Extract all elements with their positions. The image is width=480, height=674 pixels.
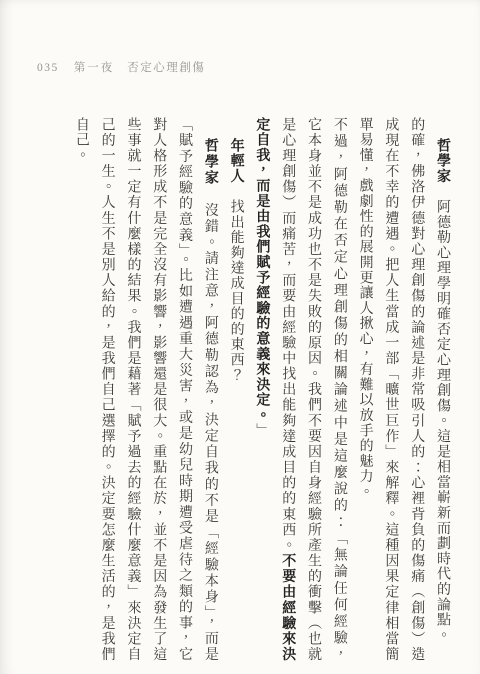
body-text: 它本身並不是成功也不是失敗的原因。我們不要因自身經驗所產生的衝擊（也就 [306, 117, 321, 662]
emphasis-text: 哲學家 [435, 138, 450, 184]
body-text: 己的一生。人生不是別人給的，是我們自己選擇的。決定要怎麼生活的，是我們 [100, 117, 115, 662]
text-column: 的確，佛洛伊德對心理創傷的論述是非常吸引人的：心裡背負的傷痛（創傷）造 [403, 117, 429, 662]
emphasis-text: 年輕人 [229, 138, 244, 184]
body-text: 的確，佛洛伊德對心理創傷的論述是非常吸引人的：心裡背負的傷痛（創傷）造 [409, 117, 424, 662]
section-title: 否定心理創傷 [127, 62, 205, 74]
body-text: 些事就一定有什麼樣的結果。我們是藉著「賦予過去的經驗什麼意義」來決定自 [125, 117, 140, 662]
body-text: 找出能夠達成目的的東西？ [229, 184, 244, 383]
book-page: 035第一夜否定心理創傷 哲學家 阿德勒心理學明確否定心理創傷。這是相當嶄新而劃… [0, 0, 480, 674]
body-text: 單易懂，戲劇性的展開更讓人揪心，有難以放手的魅力。 [358, 117, 373, 500]
text-columns: 哲學家 阿德勒心理學明確否定心理創傷。這是相當嶄新而劃時代的論點。的確，佛洛伊德… [68, 117, 455, 662]
text-column: 成現在不幸的遭遇。把人生當成一部「曠世巨作」來解釋。這種因果定律相當簡 [378, 117, 404, 662]
text-column: 哲學家 沒錯。請注意，阿德勒認為，決定自我的不是「經驗本身」，而是 [197, 117, 223, 662]
running-head: 035第一夜否定心理創傷 [37, 59, 205, 75]
body-text: 沒錯。請注意，阿德勒認為，決定自我的不是「經驗本身」，而是 [203, 186, 218, 662]
text-column: 是心理創傷）而痛苦，而要由經驗中找出能夠達成目的的東西。不要由經驗來決 [274, 117, 300, 662]
emphasis-text: 定自我，而是由我們賦予經驗的意義來決定。 [254, 117, 269, 423]
text-column: 己的一生。人生不是別人給的，是我們自己選擇的。決定要怎麼生活的，是我們 [94, 117, 120, 662]
emphasis-text: 不要由經驗來決 [280, 553, 295, 662]
body-text: 成現在不幸的遭遇。把人生當成一部「曠世巨作」來解釋。這種因果定律相當簡 [383, 117, 398, 662]
body-text: 自己。 [74, 117, 89, 163]
text-column: 單易懂，戲劇性的展開更讓人揪心，有難以放手的魅力。 [352, 117, 378, 662]
text-column: 它本身並不是成功也不是失敗的原因。我們不要因自身經驗所產生的衝擊（也就 [300, 117, 326, 662]
text-column: 對人格形成不是完全沒有影響，影響還是很大。重點在於，並不是因為發生了這 [145, 117, 171, 662]
body-text: 對人格形成不是完全沒有影響，影響還是很大。重點在於，並不是因為發生了這 [151, 117, 166, 662]
page-number: 035 [37, 62, 59, 74]
body-text: 阿德勒心理學明確否定心理創傷。這是相當嶄新而劃時代的論點。 [435, 184, 450, 643]
body-text: 」 [254, 423, 269, 438]
text-column: 「賦予經驗的意義」。比如遭遇重大災害，或是幼兒時期遭受虐待之類的事，它 [171, 117, 197, 662]
body-text: 不過，阿德勒在否定心理創傷的相關論述中是這麼說的：「無論任何經驗， [332, 117, 347, 662]
text-column: 不過，阿德勒在否定心理創傷的相關論述中是這麼說的：「無論任何經驗， [326, 117, 352, 662]
emphasis-text: 哲學家 [203, 138, 218, 186]
text-column: 年輕人 找出能夠達成目的的東西？ [223, 117, 249, 662]
text-column: 定自我，而是由我們賦予經驗的意義來決定。」 [249, 117, 275, 662]
text-column: 自己。 [68, 117, 94, 662]
body-text: 是心理創傷）而痛苦，而要由經驗中找出能夠達成目的的東西。 [280, 117, 295, 553]
chapter-title: 第一夜 [74, 62, 115, 74]
body-text: 「賦予經驗的意義」。比如遭遇重大災害，或是幼兒時期遭受虐待之類的事，它 [177, 117, 192, 662]
text-column: 哲學家 阿德勒心理學明確否定心理創傷。這是相當嶄新而劃時代的論點。 [429, 117, 455, 662]
text-column: 些事就一定有什麼樣的結果。我們是藉著「賦予過去的經驗什麼意義」來決定自 [120, 117, 146, 662]
